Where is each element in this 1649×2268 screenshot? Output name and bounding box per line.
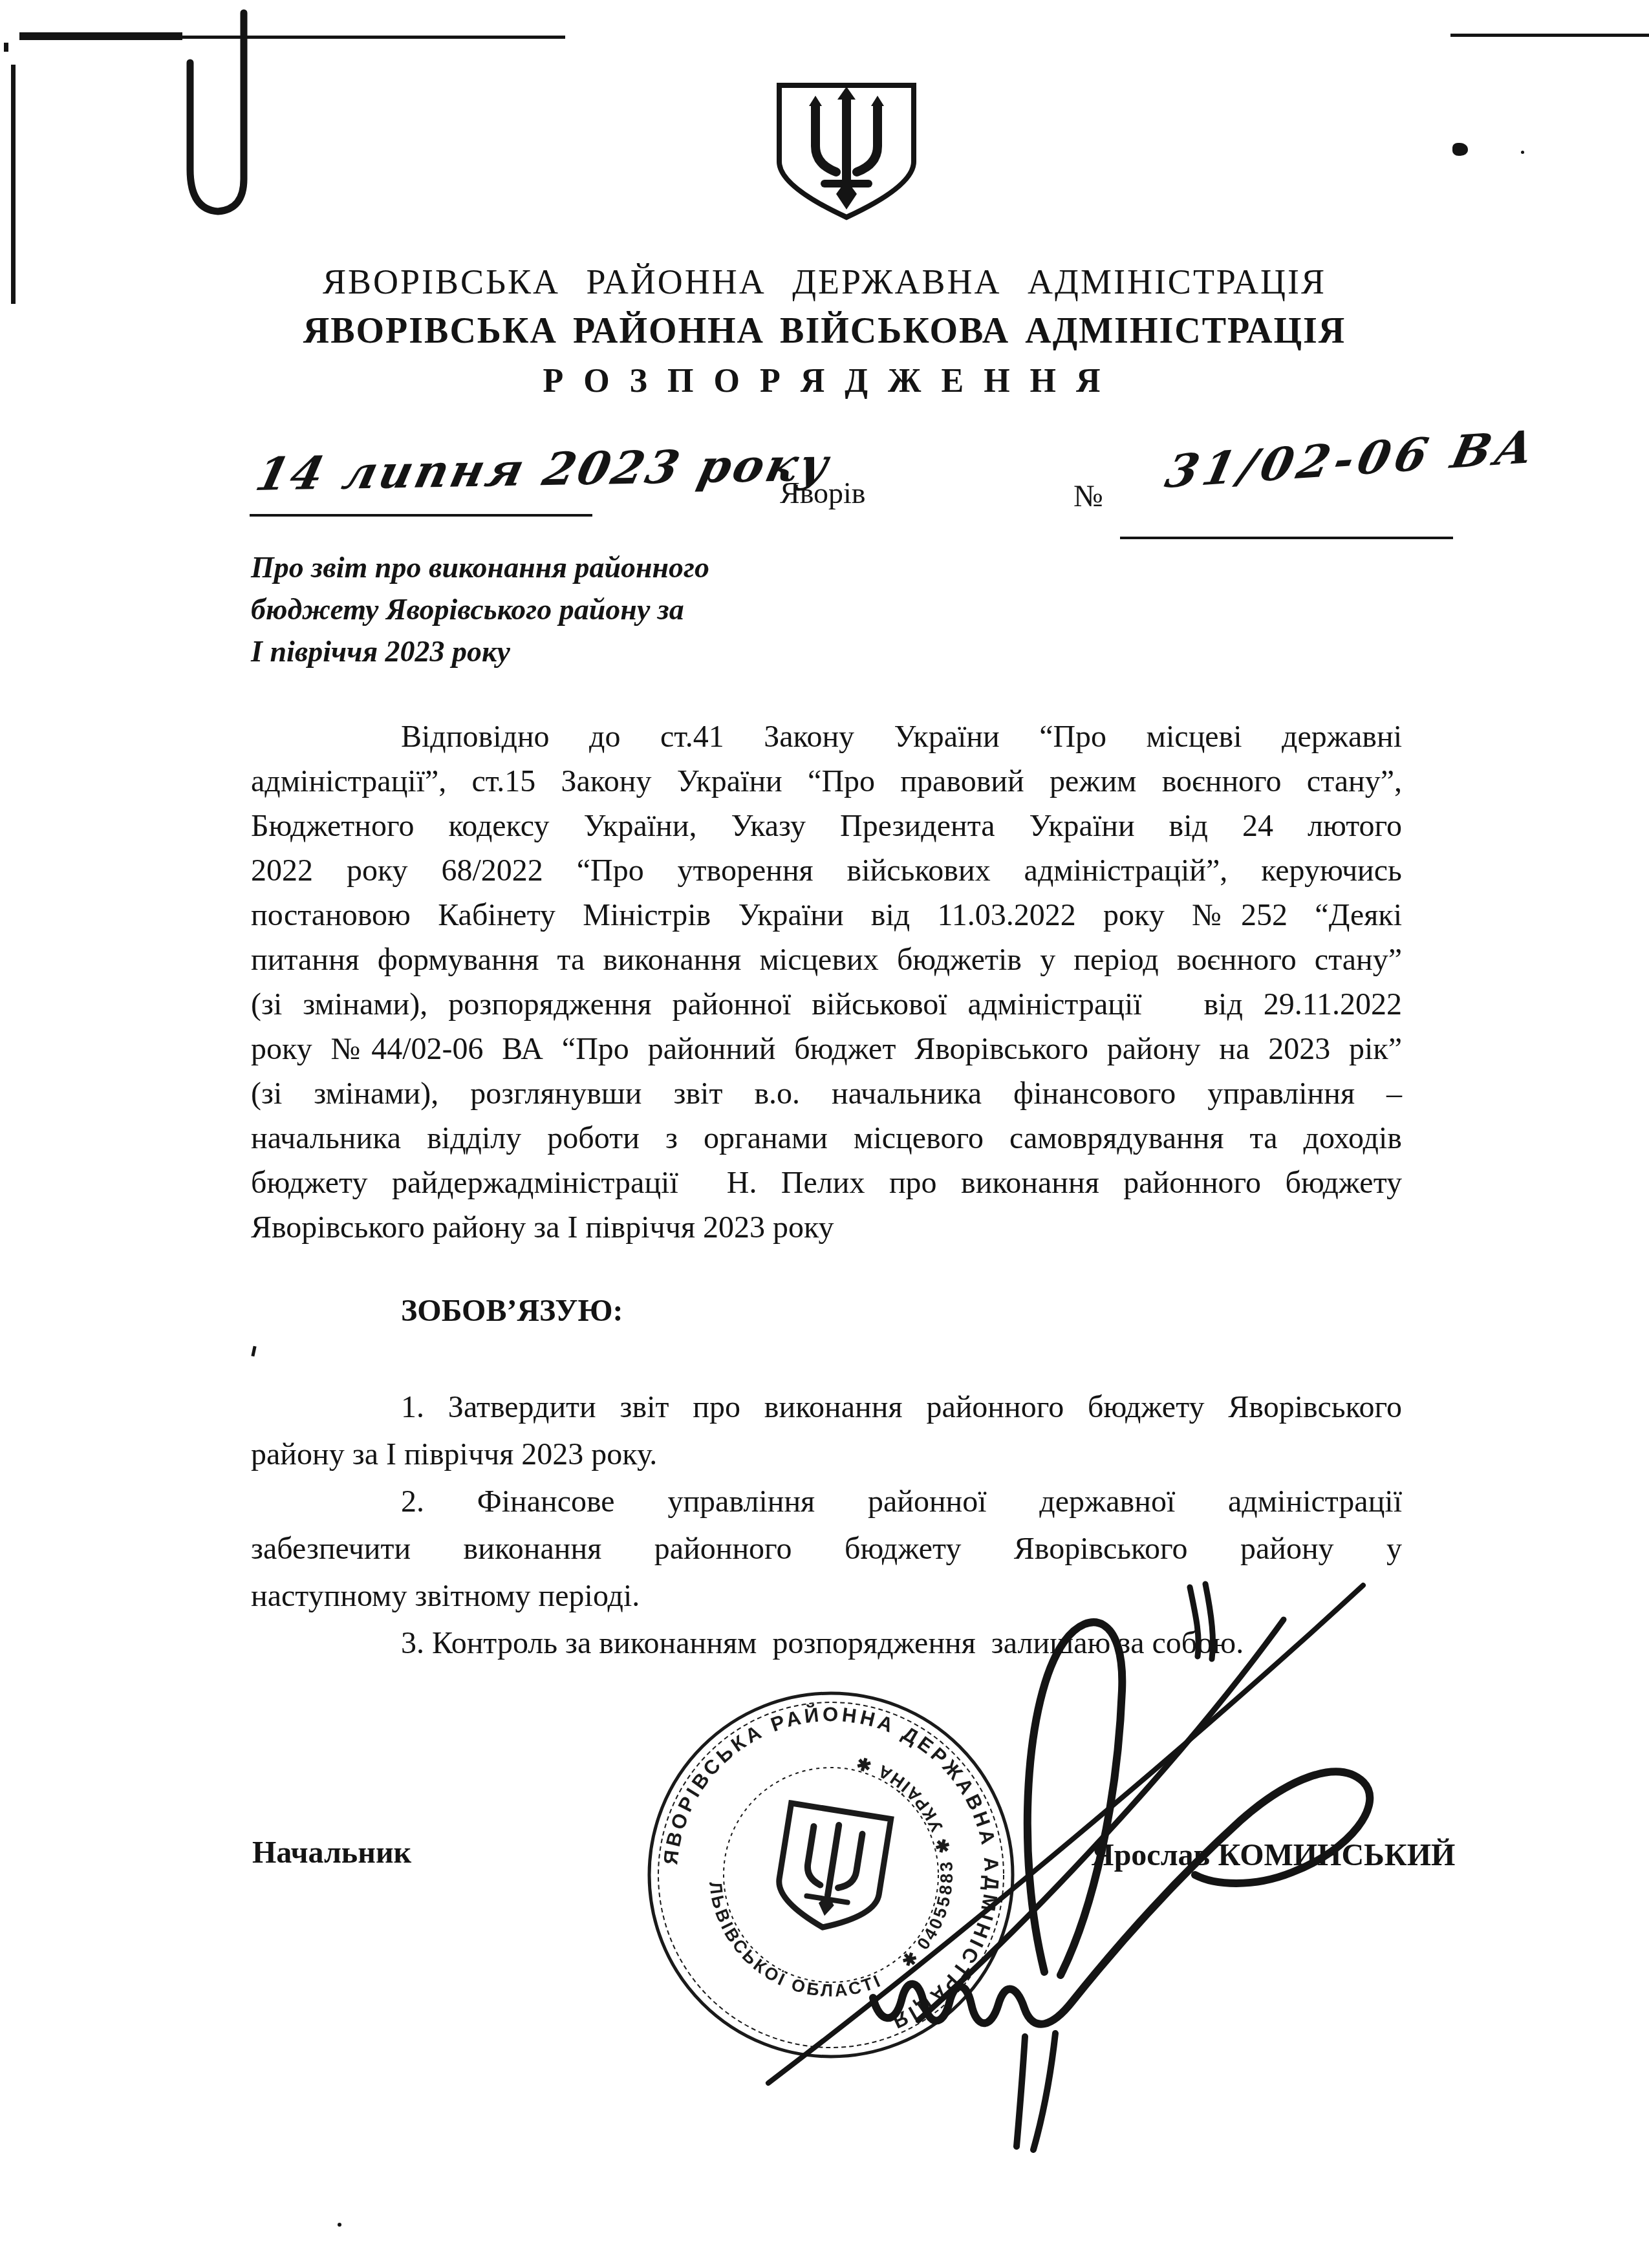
scan-artifact-apostrophe [251,1346,256,1357]
scan-artifact-bottom-dot [338,2223,341,2227]
body-line: Бюджетного кодексу України, Указу Презид… [251,804,1402,848]
body-line: року №44/02-06 ВА “Про районний бюджет Я… [251,1027,1402,1071]
handwritten-date: 14 липня 2023 року [251,438,836,501]
scan-artifact-top-right-line [1450,34,1649,37]
signature-stroke [1033,2033,1055,2150]
signature-stroke [873,1771,1370,2024]
scan-artifact-top-line [19,32,182,40]
coat-of-arms-icon [771,81,921,225]
body-line: 2022 року 68/2022 “Про утворення військо… [251,848,1402,893]
signature-stroke [1190,1587,1198,1656]
org-name-line1: ЯВОРІВСЬКА РАЙОННА ДЕРЖАВНА АДМІНІСТРАЦІ… [0,262,1649,302]
trident-icon [815,97,878,184]
resolve-heading: ЗОБОВ’ЯЗУЮ: [401,1293,623,1329]
signature-stroke [1205,1584,1213,1659]
item-line: 2. Фінансове управління районної державн… [251,1478,1402,1525]
scan-artifact-blob [1452,143,1468,156]
item-line: району за І півріччя 2023 року. [251,1431,1402,1478]
place-name: Яворів [780,476,866,510]
body-line: (зі змінами), розглянувши звіт в.о. нача… [251,1071,1402,1116]
body-line: (зі змінами), розпорядження районної вій… [251,982,1402,1027]
org-name-line2: ЯВОРІВСЬКА РАЙОННА ВІЙСЬКОВА АДМІНІСТРАЦ… [0,310,1649,352]
signature-stroke [918,1620,1284,2020]
scan-artifact-speck [4,43,8,52]
body-line: начальника відділу роботи з органами міс… [251,1116,1402,1161]
signer-name: Ярослав КОМИНСЬКИЙ [1092,1837,1455,1873]
paperclip-mark [181,8,253,221]
handwritten-number: 31/02-06 ВА [1161,420,1544,498]
number-sign: № [1073,478,1103,514]
subject-line: бюджету Яворівського району за [251,588,709,630]
item-line: 1. Затвердити звіт про виконання районно… [251,1384,1402,1431]
body-line: Яворівського району за І півріччя 2023 р… [251,1205,1402,1250]
number-underline [1120,537,1453,539]
paperclip-path [190,13,244,211]
body-line: бюджету райдержадміністрації Н. Пелих пр… [251,1161,1402,1205]
body-line: питання формування та виконання місцевих… [251,937,1402,982]
body-line: адміністрації”, ст.15 Закону України “Пр… [251,759,1402,804]
body-line: постановою Кабінету Міністрів України ві… [251,893,1402,937]
doc-type-title: Р О З П О Р Я Д Ж Е Н Н Я [0,362,1649,400]
signature-stroke [1028,1622,1122,1975]
scan-artifact-dot [1521,151,1524,154]
subject-block: Про звіт про виконання районного бюджету… [251,546,709,672]
scanned-document-page: ЯВОРІВСЬКА РАЙОННА ДЕРЖАВНА АДМІНІСТРАЦІ… [0,0,1649,2268]
subject-line: Про звіт про виконання районного [251,546,709,588]
signature-stroke [1017,2037,1025,2146]
signer-position-title: Начальник [252,1835,411,1870]
subject-line: І півріччя 2023 року [251,630,709,672]
preamble-paragraph: Відповідно до ст.41 Закону України “Про … [251,714,1402,1250]
body-line: Відповідно до ст.41 Закону України “Про … [251,714,1402,759]
date-underline [250,514,592,517]
